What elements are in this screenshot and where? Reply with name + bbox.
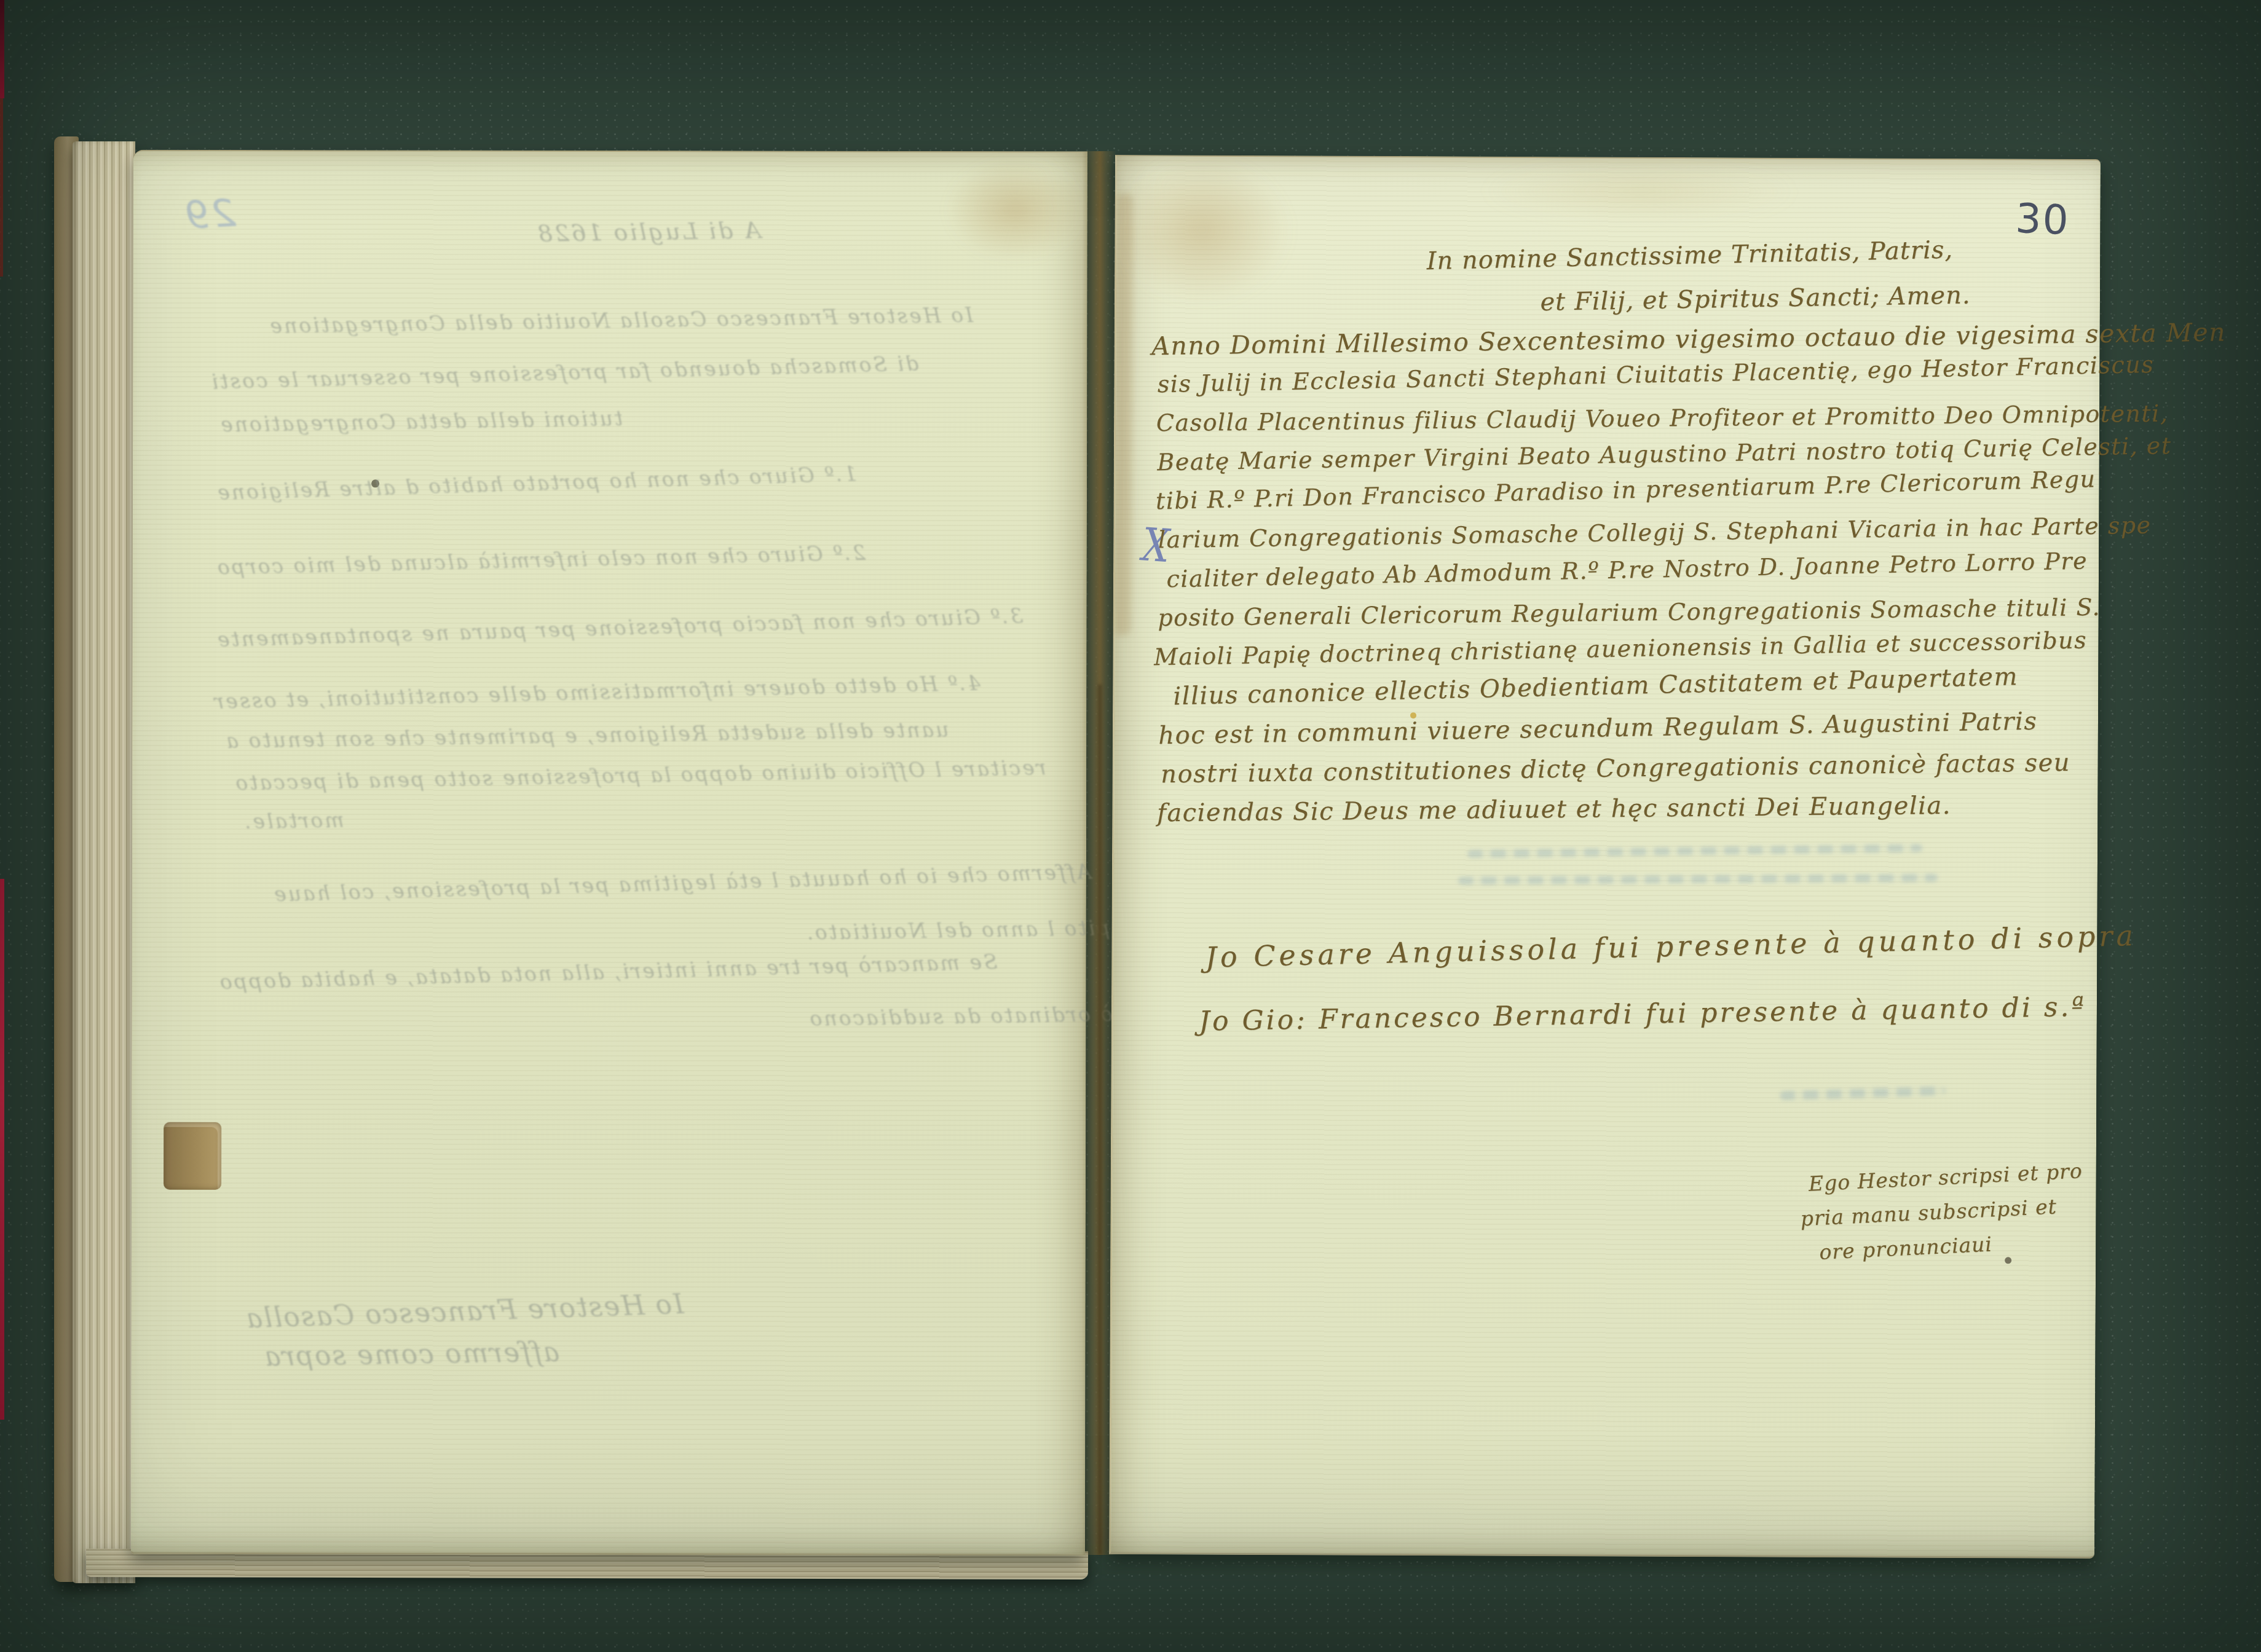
ghost-text-line: tutioni della detta Congregatione xyxy=(219,406,623,436)
stain-gutter-band xyxy=(1115,193,1133,635)
ghost-text-line: Se mancarò per tre anni intieri, alla no… xyxy=(218,950,998,994)
body-line: posito Generali Clericorum Regularium Co… xyxy=(1158,594,2101,631)
ghost-text-line: Affermo che io ho hauuta l età legitima … xyxy=(272,860,1092,907)
body-line: Casolla Placentinus filius Claudij Voueo… xyxy=(1156,399,2169,436)
page-stack-fore-edge xyxy=(73,141,135,1583)
body-line: illius canonice ellectis Obedientiam Cas… xyxy=(1173,663,2018,710)
stain-top-faint xyxy=(1480,162,1799,221)
invocation-line: et Filij, et Spiritus Sancti; Amen. xyxy=(1540,281,1971,317)
ghost-header: A di Luglio 1628 xyxy=(535,216,761,247)
open-register-book: 29 A di Luglio 1628 Io Hestore Francesco… xyxy=(0,0,2261,1652)
stain-top-gutter-right xyxy=(1113,156,1292,304)
page-number: 30 xyxy=(2014,195,2070,244)
ghost-page-number: 29 xyxy=(181,191,237,238)
body-line: larium Congregationis Somasche Collegij … xyxy=(1158,511,2152,553)
body-line: hoc est in communi viuere secundum Regul… xyxy=(1158,707,2038,750)
manuscript-photo: 29 A di Luglio 1628 Io Hestore Francesco… xyxy=(0,0,2261,1652)
ghost-text-line: di Somascha douendo far professione per … xyxy=(210,352,919,394)
ghost-text-line: mortale. xyxy=(243,808,344,834)
ghost-text-line: Io Hestore Francesco Casolla Nouitio del… xyxy=(268,303,973,338)
left-page: 29 A di Luglio 1628 Io Hestore Francesco… xyxy=(131,150,1087,1556)
ghost-text-line: 2.º Giuro che non celo infermità alcuna … xyxy=(216,541,866,580)
right-page: 30 In nomine Sanctissime Trinitatis, Pat… xyxy=(1109,155,2101,1559)
ghost-text-line: uante della sudetta Religione, e parimen… xyxy=(224,718,949,753)
stain-top-gutter-left xyxy=(945,157,1086,262)
show-through-smudge xyxy=(1467,844,1922,858)
ghost-signature-line: affermo come sopra xyxy=(263,1337,559,1373)
show-through-smudge xyxy=(1780,1086,1946,1100)
ink-blot xyxy=(164,1122,221,1190)
ghost-signature-line: Io Hestore Francesco Casolla xyxy=(245,1289,684,1335)
body-line: cialiter delegato Ab Admodum R.º P.re No… xyxy=(1166,547,2088,592)
scribe-subscription: Ego Hestor scripsi et pro pria manu subs… xyxy=(1808,1154,2087,1270)
body-line: faciendas Sic Deus me adiuuet et hęc san… xyxy=(1157,792,1951,827)
ghost-text-line: 4.º Ho detto douere informatissimo delle… xyxy=(212,671,981,714)
body-line: nostri iuxta constitutiones dictę Congre… xyxy=(1161,749,2070,789)
witness-line: Jo Cesare Anguissola fui presente à quan… xyxy=(1205,919,2137,974)
show-through-smudge xyxy=(1458,874,1938,885)
invocation-line: In nomine Sanctissime Trinitatis, Patris… xyxy=(1426,236,1953,276)
ghost-text-line: 3.º Giuro che non faccio professione per… xyxy=(215,604,1023,652)
witness-line: Jo Gio: Francesco Bernardi fui presente … xyxy=(1199,991,2087,1037)
ghost-text-line: recitare l Officio diuino doppo la profe… xyxy=(234,755,1046,795)
ghost-text-line: 1.º Giuro che non ho portato habito d al… xyxy=(216,462,858,505)
